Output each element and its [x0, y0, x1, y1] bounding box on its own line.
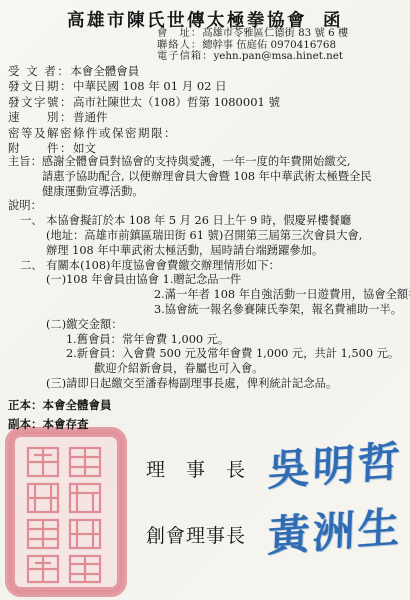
body-line: 歡迎介紹新會員，眷屬也可入會。 — [8, 362, 406, 377]
body-line: (一)108 年會員由協會 1.贈記念品一件 — [8, 273, 406, 288]
body-line-item2: 二、 有關本(108)年度協會會費繳交辦理情形如下： — [8, 259, 406, 274]
body-line: 請惠予協助配合, 以便辦理會員大會暨 108 年中華武術太極暨全民 — [8, 170, 406, 185]
founding-chairman-signature-row: 創會理事長 黃洲生 — [146, 504, 403, 564]
body-line: 2.新會員：入會費 500 元及常年會費 1,000 元，共計 1,500 元。 — [8, 347, 406, 362]
meta-reference-number: 發文字號：高市社陳世太（108）哲第 1080001 號 — [8, 95, 280, 110]
original-copy-line: 正本：本會全體會員 — [8, 396, 112, 415]
body-line: 1.舊會員：常年會費 1,000 元。 — [8, 333, 406, 348]
body-line: 2.滿一年者 108 年自強活動一日遊費用，協會全額補助。 — [8, 288, 406, 303]
document-meta-block: 受 文 者：本會全體會員 發文日期：中華民國 108 年 01 月 02 日 發… — [8, 64, 280, 156]
association-seal-stamp — [4, 426, 128, 598]
body-line: (地址：高雄市前鎮區瑞田街 61 號)召開第三屆第三次會員大會, — [8, 229, 406, 244]
contact-block: 會 址：高雄市苓雅區仁德街 83 號 6 樓 聯絡人：總幹事 伍庭佑 09704… — [157, 28, 348, 63]
duplicate-copy-line: 副本：本會存查 — [8, 415, 112, 434]
chairman-title: 理 事 長 — [146, 455, 268, 482]
contact-email: 電子信箱：yehn.pan@msa.hinet.net — [157, 51, 348, 63]
meta-issue-date: 發文日期：中華民國 108 年 01 月 02 日 — [8, 79, 280, 94]
signature-block: 理 事 長 吳明哲 創會理事長 黃洲生 — [146, 438, 403, 564]
chairman-signature-row: 理 事 長 吳明哲 — [146, 438, 403, 498]
body-line-item1: 一、 本協會擬訂於本 108 年 5 月 26 日上午 9 時，假慶昇樓餐廳 — [8, 214, 406, 229]
body-line-explain: 說明： — [8, 199, 406, 214]
meta-recipient: 受 文 者：本會全體會員 — [8, 64, 280, 79]
founding-chairman-signature: 黃洲生 — [267, 494, 404, 564]
copies-block: 正本：本會全體會員 副本：本會存查 — [8, 396, 112, 433]
body-line: 健康運動宣導活動。 — [8, 185, 406, 200]
meta-priority: 速 別：普通件 — [8, 110, 280, 125]
meta-security-class: 密等及解密條件或保密期限： — [8, 126, 280, 141]
letter-body: 主旨：感謝全體會員對協會的支持與愛護，一年一度的年費開始繳交, 請惠予協助配合,… — [8, 155, 406, 392]
body-line: (二)繳交金額： — [8, 318, 406, 333]
founding-chairman-title: 創會理事長 — [146, 521, 268, 548]
body-line-subject: 主旨：感謝全體會員對協會的支持與愛護，一年一度的年費開始繳交, — [8, 155, 406, 170]
body-line: 3.協會統一報名參賽陳氏拳架，報名費補助一半。 — [8, 303, 406, 318]
body-line: (三)請即日起繳交至潘春梅副理事長處，俾利統計記念品。 — [8, 377, 406, 392]
chairman-signature: 吳明哲 — [267, 428, 404, 498]
body-line: 辦理 108 年中華武術太極活動，屆時請台端踴躍參加。 — [8, 244, 406, 259]
scanned-letter-page: 高雄市陳氏世傳太極拳協會函 會 址：高雄市苓雅區仁德街 83 號 6 樓 聯絡人… — [0, 0, 410, 600]
